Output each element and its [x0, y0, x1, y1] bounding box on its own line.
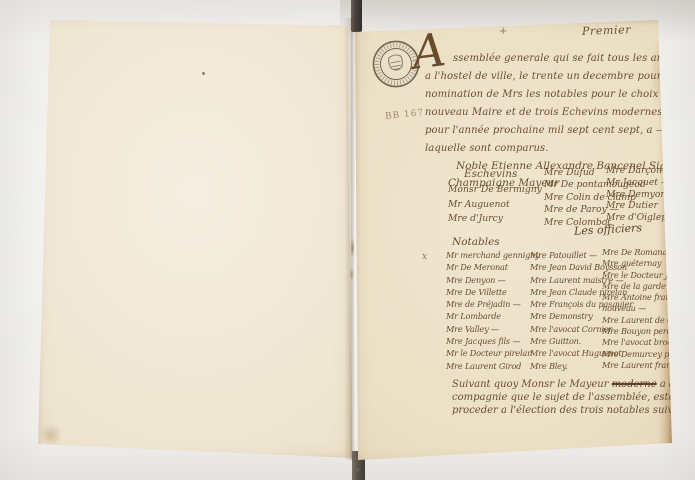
echevins-column-1: Monsr De BermignyMr AuguenotMre d'Jurcy: [448, 183, 542, 227]
manuscript-line: Mre d'Jurcy: [448, 212, 542, 227]
manuscript-line: compagnie que le sujet de l'assemblée, e…: [452, 391, 695, 404]
book-gutter-crease: [344, 18, 358, 460]
closing-paragraph: Suivant quoy Monsr le Mayeur moderne a d…: [452, 378, 695, 417]
manuscript-line: Suivant quoy Monsr le Mayeur moderne a d…: [452, 378, 695, 391]
manuscript-line: Mre de Préjadin —: [446, 298, 540, 310]
manuscript-line: Mr merchand gennigny: [446, 249, 540, 261]
manuscript-scan: Premier + BB 167 A ssemblée generale qui…: [0, 0, 695, 480]
manuscript-line: Mre Jacques fils —: [446, 335, 540, 347]
manuscript-line: nouveau Maire et de trois Echevins moder…: [425, 104, 688, 122]
manuscript-line: a l'hostel de ville, le trente un decemb…: [425, 68, 688, 86]
manuscript-line: Mre Denyon —: [446, 274, 540, 286]
opening-paragraph: ssemblée generale qui se fait tous les a…: [425, 50, 688, 158]
page-number-label: Premier: [582, 23, 632, 38]
manuscript-line: Mre Valley —: [446, 323, 540, 335]
manuscript-line: Monsr De Bermigny: [448, 183, 542, 198]
manuscript-line: laquelle sont comparus.: [425, 140, 688, 158]
manuscript-line: ssemblée generale qui se fait tous les a…: [425, 50, 688, 68]
notables-heading: Notables: [452, 236, 500, 248]
closing-line-start: Suivant quoy Monsr le Mayeur: [452, 379, 609, 390]
manuscript-line: Mr le Docteur pirelan: [446, 347, 540, 359]
echevins-heading: Eschevins: [464, 168, 517, 180]
manuscript-line: Mr De Meronat: [446, 261, 540, 273]
manuscript-line: pour l'année prochaine mil sept cent sep…: [425, 122, 688, 140]
margin-mark: x: [422, 252, 427, 262]
struck-word: moderne: [612, 379, 657, 390]
ink-speck: [202, 72, 205, 75]
manuscript-line: nomination de Mrs les notables pour le c…: [425, 86, 688, 104]
manuscript-line: proceder a l'élection des trois notables…: [452, 404, 695, 417]
manuscript-line: Mr Auguenot: [448, 198, 542, 213]
manuscript-line: Mr Lombarde: [446, 310, 540, 322]
page-edge-shading: [34, 12, 354, 462]
right-page-manuscript: Premier + BB 167 A ssemblée generale qui…: [352, 16, 674, 466]
left-page-blank: [34, 12, 354, 462]
manuscript-line: Mre De Villette: [446, 286, 540, 298]
invocation-cross-mark: +: [499, 26, 507, 37]
manuscript-line: Mre Laurent Girod: [446, 360, 540, 372]
notables-column-1: Mr merchand gennignyMr De MeronatMre Den…: [446, 249, 540, 372]
